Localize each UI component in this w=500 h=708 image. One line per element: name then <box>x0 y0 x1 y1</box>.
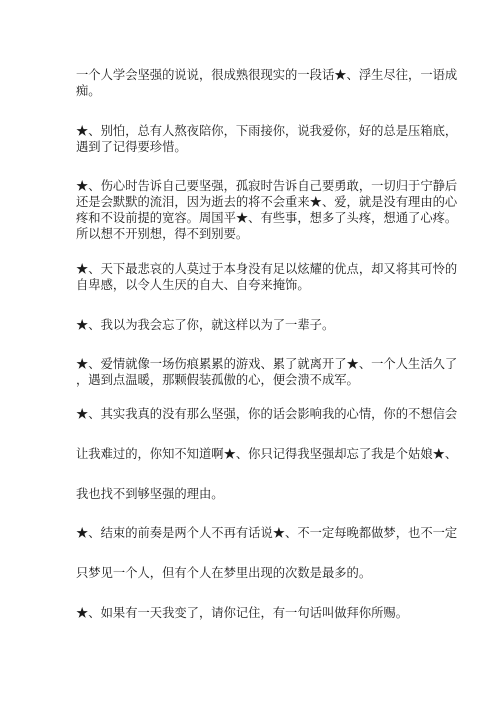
text-line: 自卑感，以令人生厌的自大、自夸来掩饰。 <box>76 277 426 293</box>
text-line: 遇到了记得要珍惜。 <box>76 139 426 155</box>
text-line: ★、别怕，总有人熬夜陪你，下雨接你，说我爱你，好的总是压箱底， <box>76 123 426 139</box>
document-page: 一个人学会坚强的说说，很成熟很现实的一段话★、浮生尽往，一语成 痴。 ★、别怕，… <box>0 0 500 708</box>
text-line: 所以想不开别想，得不到别要。 <box>76 226 426 242</box>
text-line: ★、其实我真的没有那么坚强，你的话会影响我的心情，你的不想信会 <box>76 406 426 422</box>
text-line: 疼和不设前提的宽容。周国平★、有些事，想多了头疼，想通了心疼。 <box>76 210 426 226</box>
text-line: ★、爱情就像一场伤痕累累的游戏、累了就离开了★、一个人生活久了 <box>76 356 426 372</box>
text-line: 只梦见一个人，但有个人在梦里出现的次数是最多的。 <box>76 565 426 581</box>
text-line: ★、我以为我会忘了你，就这样以为了一辈子。 <box>76 317 426 333</box>
text-line: ★、结束的前奏是两个人不再有话说★、不一定每晚都做梦，也不一定 <box>76 525 426 541</box>
text-line: 痴。 <box>76 83 426 99</box>
text-line: ★、伤心时告诉自己要坚强，孤寂时告诉自己要勇敢，一切归于宁静后 <box>76 178 426 194</box>
text-line: 让我难过的，你知不知道啊★、你只记得我坚强却忘了我是个姑娘★、 <box>76 446 426 462</box>
text-line: ，遇到点温暖，那颗假装孤傲的心，便会溃不成军。 <box>76 372 426 388</box>
text-line: 一个人学会坚强的说说，很成熟很现实的一段话★、浮生尽往，一语成 <box>76 67 426 83</box>
text-line: 我也找不到够坚强的理由。 <box>76 486 426 502</box>
text-line: ★、天下最悲哀的人莫过于本身没有足以炫耀的优点，却又将其可怜的 <box>76 261 426 277</box>
text-line: ★、如果有一天我变了，请你记住，有一句话叫做拜你所赐。 <box>76 605 426 621</box>
text-line: 还是会默默的流泪，因为逝去的将不会重来★、爱，就是没有理由的心 <box>76 194 426 210</box>
